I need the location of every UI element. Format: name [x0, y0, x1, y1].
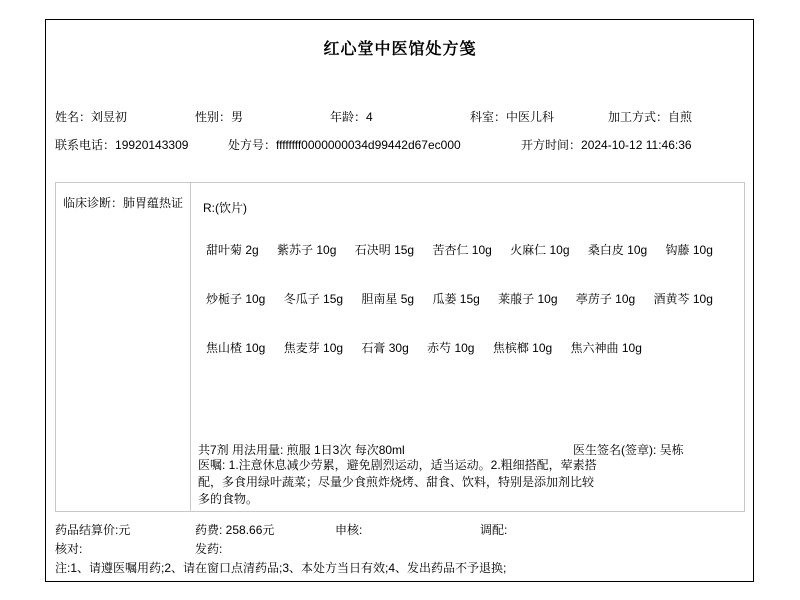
patient-department-field: 科室：中医儿科	[470, 108, 554, 125]
diagnosis-label: 临床诊断：	[63, 196, 123, 210]
rx-number-field: 处方号：ffffffff0000000034d99442d67ec000	[228, 136, 461, 153]
clinical-diagnosis: 临床诊断：肺胃蕴热证	[63, 195, 185, 212]
drug-fee-value: 258.66元	[226, 523, 275, 537]
medicine-row: 焦山楂 10g 焦麦芽 10g 石膏 30g 赤芍 10g 焦槟榔 10g 焦六…	[206, 339, 736, 356]
doctor-name: 吴栋	[660, 443, 684, 457]
rx-time-label: 开方时间：	[521, 138, 581, 152]
medicine-item: 葶苈子 10g	[576, 290, 635, 307]
medicine-item: 焦槟榔 10g	[493, 339, 552, 356]
medicine-item: 焦山楂 10g	[206, 339, 265, 356]
patient-gender-value: 男	[231, 110, 243, 124]
drug-fee-field: 药费: 258.66元	[195, 521, 274, 538]
diagnosis-value: 肺胃蕴热证	[123, 196, 183, 210]
doctor-signature: 医生签名(签章): 吴栋	[573, 441, 684, 458]
phone-value: 19920143309	[115, 138, 188, 152]
footer-notes: 注:1、请遵医嘱用药;2、请在窗口点清药品;3、本处方当日有效;4、发出药品不予…	[55, 559, 506, 576]
dosage-summary: 共7剂 用法用量: 煎服 1日3次 每次80ml	[198, 441, 405, 458]
patient-department-label: 科室：	[470, 110, 506, 124]
review-field: 申核:	[335, 521, 362, 538]
prescription-page: 红心堂中医馆处方笺 姓名：刘昱初 性别：男 年龄：4 科室：中医儿科 加工方式：…	[0, 0, 800, 600]
rx-time-value: 2024-10-12 11:46:36	[581, 138, 692, 152]
page-title: 红心堂中医馆处方笺	[45, 36, 755, 59]
rx-header: R:(饮片)	[203, 199, 247, 216]
rx-time-field: 开方时间：2024-10-12 11:46:36	[521, 136, 692, 153]
medicine-item: 石决明 15g	[355, 241, 414, 258]
rx-area: R:(饮片) 甜叶菊 2g 紫苏子 10g 石决明 15g 苦杏仁 10g 火麻…	[191, 183, 744, 511]
medicine-row: 炒栀子 10g 冬瓜子 15g 胆南星 5g 瓜蒌 15g 莱菔子 10g 葶苈…	[206, 290, 736, 307]
medical-advice: 医嘱: 1.注意休息减少劳累，避免剧烈运动，适当运动。2.粗细搭配，荤素搭配，多…	[198, 457, 598, 508]
issue-field: 发药:	[195, 540, 222, 557]
phone-field: 联系电话：19920143309	[55, 136, 188, 153]
doctor-signature-label: 医生签名(签章):	[573, 443, 660, 457]
medicine-item: 紫苏子 10g	[277, 241, 336, 258]
patient-name-value: 刘昱初	[91, 110, 127, 124]
patient-name-label: 姓名：	[55, 110, 91, 124]
phone-label: 联系电话：	[55, 138, 115, 152]
rx-number-label: 处方号：	[228, 138, 276, 152]
processing-method-label: 加工方式：	[608, 110, 668, 124]
medicine-item: 钩藤 10g	[666, 241, 713, 258]
patient-age-label: 年龄：	[330, 110, 366, 124]
check-field: 核对:	[55, 540, 82, 557]
medicine-item: 甜叶菊 2g	[206, 241, 259, 258]
medicine-item: 桑白皮 10g	[588, 241, 647, 258]
medicine-item: 炒栀子 10g	[206, 290, 265, 307]
patient-age-field: 年龄：4	[330, 108, 373, 125]
medicine-item: 石膏 30g	[361, 339, 408, 356]
medicine-item: 胆南星 5g	[361, 290, 414, 307]
patient-name-field: 姓名：刘昱初	[55, 108, 127, 125]
medicine-item: 酒黄芩 10g	[654, 290, 713, 307]
settle-price-label: 药品结算价:	[55, 523, 118, 537]
patient-gender-field: 性别：男	[195, 108, 243, 125]
settle-price-unit: 元	[118, 523, 130, 537]
prescription-box: 临床诊断：肺胃蕴热证 R:(饮片) 甜叶菊 2g 紫苏子 10g 石决明 15g…	[55, 182, 745, 512]
dispense-field: 调配:	[480, 521, 507, 538]
settle-price-field: 药品结算价:元	[55, 521, 130, 538]
medicine-item: 冬瓜子 15g	[284, 290, 343, 307]
patient-age-value: 4	[366, 110, 373, 124]
medicine-item: 赤芍 10g	[427, 339, 474, 356]
drug-fee-label: 药费:	[195, 523, 226, 537]
medicine-item: 焦麦芽 10g	[284, 339, 343, 356]
medicine-item: 瓜蒌 15g	[432, 290, 479, 307]
processing-method-value: 自煎	[668, 110, 692, 124]
medicine-item: 苦杏仁 10g	[432, 241, 491, 258]
diagnosis-column: 临床诊断：肺胃蕴热证	[56, 183, 191, 511]
rx-number-value: ffffffff0000000034d99442d67ec000	[276, 138, 461, 152]
medicine-item: 焦六神曲 10g	[571, 339, 642, 356]
patient-gender-label: 性别：	[195, 110, 231, 124]
medicine-item: 火麻仁 10g	[510, 241, 569, 258]
patient-department-value: 中医儿科	[506, 110, 554, 124]
processing-method-field: 加工方式：自煎	[608, 108, 692, 125]
medicine-row: 甜叶菊 2g 紫苏子 10g 石决明 15g 苦杏仁 10g 火麻仁 10g 桑…	[206, 241, 736, 258]
medicine-item: 莱菔子 10g	[498, 290, 557, 307]
